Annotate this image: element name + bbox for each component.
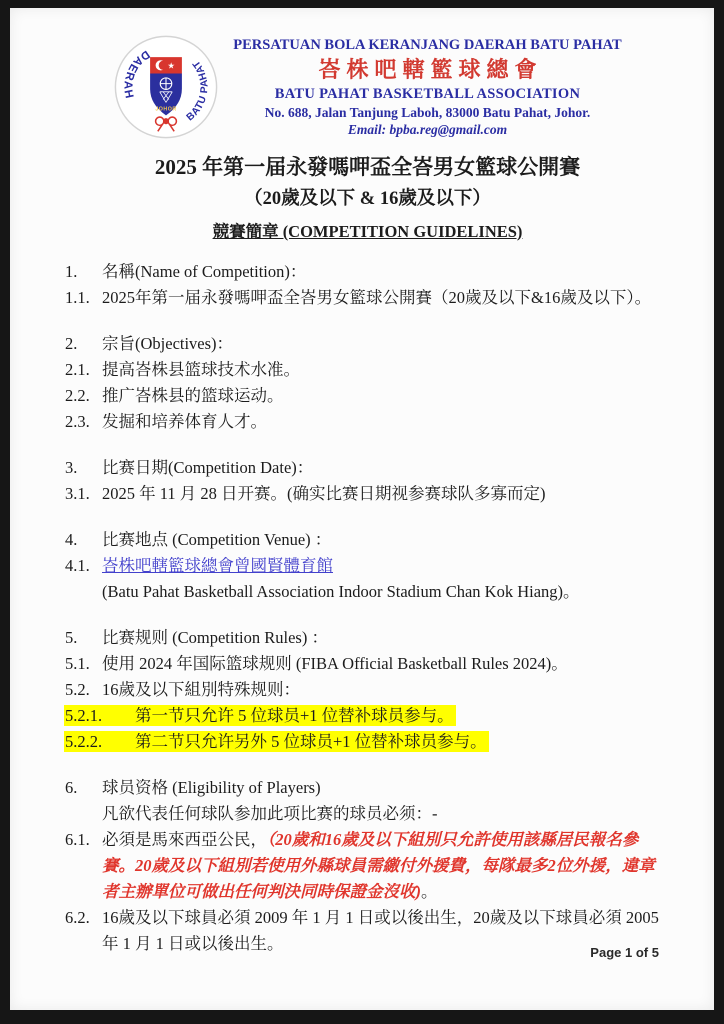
clause-5-2-1-highlighted: 5.2.1.第一节只允许 5 位球员+1 位替补球员参与。 <box>65 703 670 729</box>
document-title: 2025 年第一届永發嗎呷盃全峇男女籃球公開賽 （20歲及以下 & 16歲及以下… <box>65 151 670 242</box>
section-competition-rules: 5. 比赛规则 (Competition Rules) ： 5.1. 使用 20… <box>65 625 670 755</box>
association-logo: DAERAH BATU PAHAT ★ JOHOR <box>113 34 219 140</box>
basketball-icon <box>160 78 172 90</box>
clause-number: 1.1. <box>65 285 102 311</box>
clause-number: 5.2.1. <box>65 703 135 729</box>
section-number: 4. <box>65 527 102 553</box>
document-page: DAERAH BATU PAHAT ★ JOHOR <box>10 8 714 1010</box>
section-competition-venue: 4. 比赛地点 (Competition Venue) ： 4.1. 峇株吧轄籃… <box>65 527 670 605</box>
clause-text: 16歲及以下組別特殊规则： <box>102 677 670 703</box>
section-name-of-competition: 1. 名稱(Name of Competition)： 1.1. 2025年第一… <box>65 259 670 311</box>
clause-text: 提高峇株县篮球技术水准。 <box>102 357 670 383</box>
clause-5-2-2-highlighted: 5.2.2.第二节只允许另外 5 位球员+1 位替补球员参与。 <box>65 729 670 755</box>
section-heading-text: 名稱(Name of Competition)： <box>102 259 670 285</box>
section-heading: 5. 比赛规则 (Competition Rules) ： <box>65 625 670 651</box>
clause-4-1-continuation: (Batu Pahat Basketball Association Indoo… <box>65 579 670 605</box>
section-heading-text: 比赛日期(Competition Date)： <box>102 455 670 481</box>
footer-total-pages: 5 <box>652 945 659 960</box>
clause-text-black: 必須是馬來西亞公民， <box>102 830 267 849</box>
clause-6-2: 6.2. 16歲及以下球員必須 2009 年 1 月 1 日或以後出生，20歲及… <box>65 905 670 957</box>
clause-number: 5.2. <box>65 677 102 703</box>
clause-2-2: 2.2. 推广峇株县的篮球运动。 <box>65 383 670 409</box>
document-body: 1. 名稱(Name of Competition)： 1.1. 2025年第一… <box>65 259 670 957</box>
clause-text: 第二节只允许另外 5 位球员+1 位替补球员参与。 <box>135 732 487 751</box>
clause-number: 2.3. <box>65 409 102 435</box>
page-number: Page 1 of 5 <box>590 945 659 960</box>
section-number: 2. <box>65 331 102 357</box>
clause-text: 必須是馬來西亞公民，（20歲和16歲及以下組別只允許使用該縣居民報名參賽。20歲… <box>102 827 670 905</box>
clause-3-1: 3.1. 2025 年 11 月 28 日开赛。(确实比赛日期视参赛球队多寡而定… <box>65 481 670 507</box>
title-guidelines: 競賽簡章 (COMPETITION GUIDELINES) <box>65 218 670 242</box>
document-content: DAERAH BATU PAHAT ★ JOHOR <box>10 8 714 957</box>
clause-5-1: 5.1. 使用 2024 年国际篮球规则 (FIBA Official Bask… <box>65 651 670 677</box>
letterhead: DAERAH BATU PAHAT ★ JOHOR <box>65 34 670 140</box>
footer-word-of: of <box>636 945 648 960</box>
section-heading-text: 比赛规则 (Competition Rules) ： <box>102 625 670 651</box>
section-heading-text: 球员资格 (Eligibility of Players) <box>102 775 670 801</box>
clause-text: 峇株吧轄籃球總會曾國賢體育館 <box>102 553 670 579</box>
org-address: No. 688, Jalan Tanjung Laboh, 83000 Batu… <box>233 104 621 121</box>
clause-text: 第一节只允许 5 位球员+1 位替补球员参与。 <box>135 706 454 725</box>
section-heading-text: 宗旨(Objectives)： <box>102 331 670 357</box>
clause-number: 5.1. <box>65 651 102 677</box>
indent-spacer <box>65 579 102 605</box>
clause-5-2: 5.2. 16歲及以下組別特殊规则： <box>65 677 670 703</box>
clause-text: 2025年第一届永發嗎呷盃全峇男女籃球公開賽（20歲及以下&16歲及以下）。 <box>102 285 670 311</box>
clause-4-1: 4.1. 峇株吧轄籃球總會曾國賢體育館 <box>65 553 670 579</box>
section-heading: 1. 名稱(Name of Competition)： <box>65 259 670 285</box>
venue-english-name: (Batu Pahat Basketball Association Indoo… <box>102 579 670 605</box>
clause-text: 2025 年 11 月 28 日开赛。(确实比赛日期视参赛球队多寡而定) <box>102 481 670 507</box>
section-heading: 6. 球员资格 (Eligibility of Players) <box>65 775 670 801</box>
eligibility-intro: 凡欲代表任何球队参加此项比赛的球员必须：- <box>65 801 670 827</box>
venue-link[interactable]: 峇株吧轄籃球總會曾國賢體育館 <box>102 556 333 575</box>
org-email: Email: bpba.reg@gmail.com <box>233 121 621 138</box>
clause-number: 5.2.2. <box>65 729 135 755</box>
clause-text: 发掘和培养体育人才。 <box>102 409 670 435</box>
org-name-chinese: 峇株吧轄籃球總會 <box>239 56 621 84</box>
letterhead-text: PERSATUAN BOLA KERANJANG DAERAH BATU PAH… <box>233 36 621 139</box>
title-line-2: （20歲及以下 & 16歲及以下） <box>65 184 670 210</box>
org-name-malay: PERSATUAN BOLA KERANJANG DAERAH BATU PAH… <box>233 36 621 55</box>
clause-2-1: 2.1. 提高峇株县篮球技术水准。 <box>65 357 670 383</box>
clause-number: 2.2. <box>65 383 102 409</box>
clause-text: 推广峇株县的篮球运动。 <box>102 383 670 409</box>
highlight-band: 5.2.1.第一节只允许 5 位球员+1 位替补球员参与。 <box>64 705 456 726</box>
logo-text-johor: JOHOR <box>156 107 177 113</box>
clause-number: 2.1. <box>65 357 102 383</box>
clause-number: 3.1. <box>65 481 102 507</box>
section-number: 3. <box>65 455 102 481</box>
section-heading: 4. 比赛地点 (Competition Venue) ： <box>65 527 670 553</box>
clause-number: 6.1. <box>65 827 102 905</box>
photo-background: { "colors": { "header_blue": "#2a2da3", … <box>0 0 724 1024</box>
clause-number: 4.1. <box>65 553 102 579</box>
section-number: 5. <box>65 625 102 651</box>
section-number: 6. <box>65 775 102 801</box>
section-competition-date: 3. 比赛日期(Competition Date)： 3.1. 2025 年 1… <box>65 455 670 507</box>
title-line-1: 2025 年第一届永發嗎呷盃全峇男女籃球公開賽 <box>65 151 670 181</box>
clause-6-1: 6.1. 必須是馬來西亞公民，（20歲和16歲及以下組別只允許使用該縣居民報名參… <box>65 827 670 905</box>
section-heading-text: 比赛地点 (Competition Venue) ： <box>102 527 670 553</box>
clause-1-1: 1.1. 2025年第一届永發嗎呷盃全峇男女籃球公開賽（20歲及以下&16歲及以… <box>65 285 670 311</box>
footer-word-page: Page <box>590 945 621 960</box>
clause-2-3: 2.3. 发掘和培养体育人才。 <box>65 409 670 435</box>
footer-page-num: 1 <box>625 945 632 960</box>
section-objectives: 2. 宗旨(Objectives)： 2.1. 提高峇株县篮球技术水准。 2.2… <box>65 331 670 435</box>
section-heading: 3. 比赛日期(Competition Date)： <box>65 455 670 481</box>
clause-text-end: 。 <box>421 882 438 901</box>
org-name-english: BATU PAHAT BASKETBALL ASSOCIATION <box>233 85 621 104</box>
clause-text: 使用 2024 年国际篮球规则 (FIBA Official Basketbal… <box>102 651 670 677</box>
star-icon: ★ <box>168 61 176 71</box>
clause-text: 16歲及以下球員必須 2009 年 1 月 1 日或以後出生，20歲及以下球員必… <box>102 905 670 957</box>
section-heading: 2. 宗旨(Objectives)： <box>65 331 670 357</box>
section-number: 1. <box>65 259 102 285</box>
highlight-band: 5.2.2.第二节只允许另外 5 位球员+1 位替补球员参与。 <box>64 731 489 752</box>
section-eligibility: 6. 球员资格 (Eligibility of Players) 凡欲代表任何球… <box>65 775 670 957</box>
clause-number: 6.2. <box>65 905 102 957</box>
